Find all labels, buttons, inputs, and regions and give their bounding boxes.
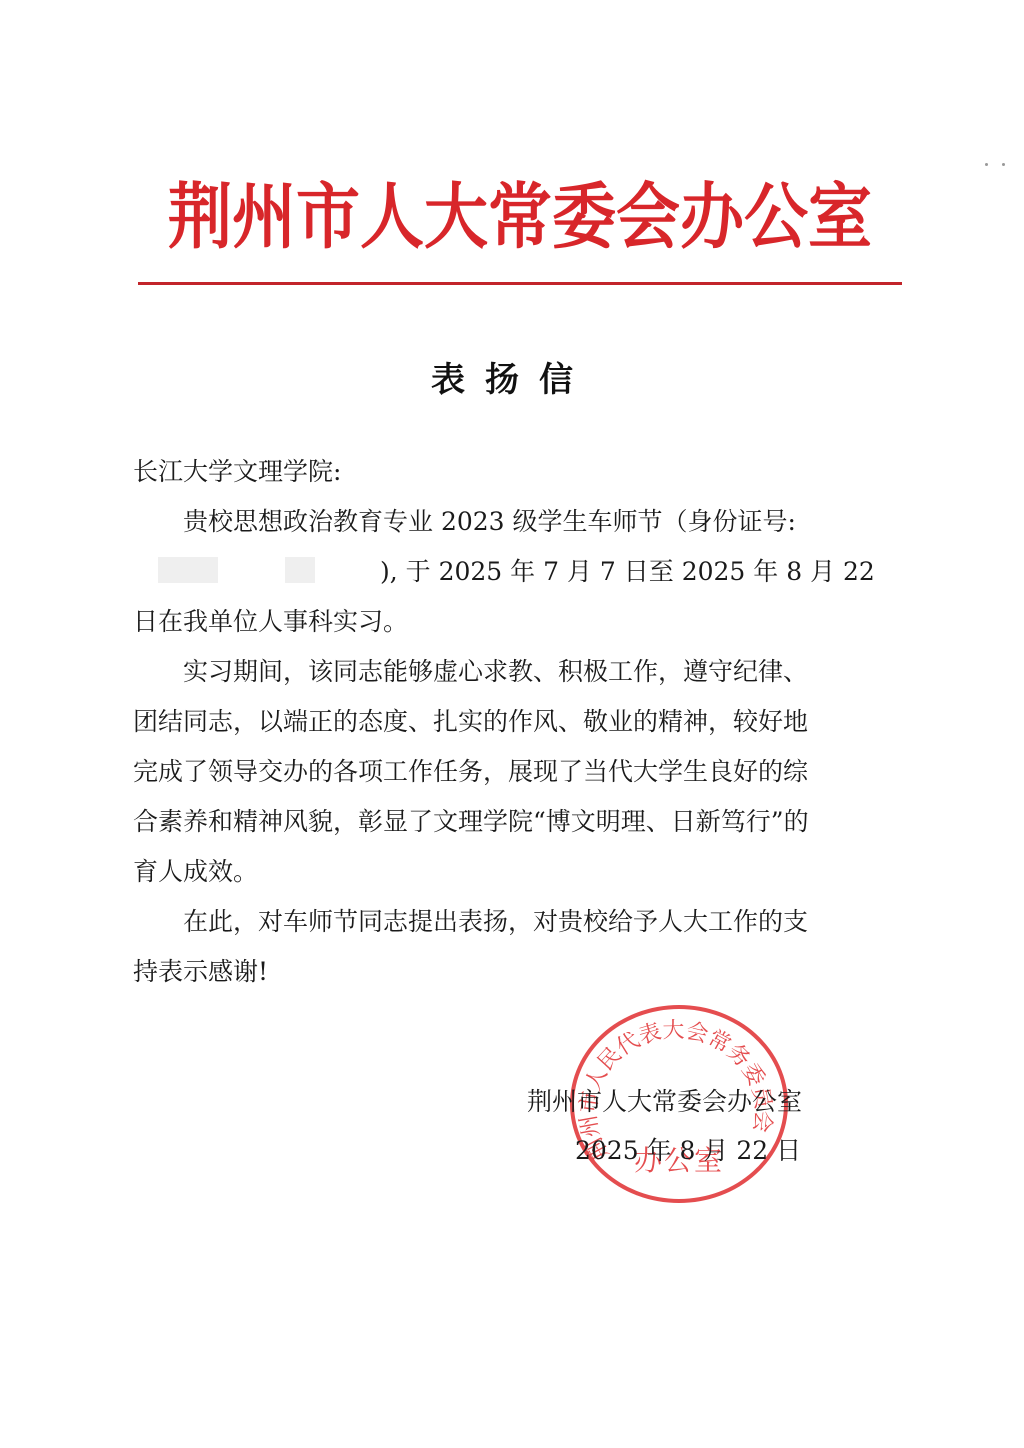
paragraph-line: 贵校思想政治教育专业 2023 级学生车师节（身份证号: [183,502,796,538]
letterhead-title: 荆州市人大常委会办公室 [140,173,900,263]
document-title: 表扬信 [0,352,1024,401]
redacted-id-block-2 [285,553,315,583]
paragraph-line: 实习期间，该同志能够虚心求教、积极工作，遵守纪律、 [183,652,808,688]
paragraph-line: 在此，对车师节同志提出表扬，对贵校给予人大工作的支 [183,902,808,938]
redacted-id-block-1 [158,553,218,583]
scan-artifact-dots [985,151,1019,170]
paragraph-line: 育人成效。 [133,852,258,888]
signature-org: 荆州市人大常委会办公室 [527,1082,802,1118]
letterhead-divider [138,282,902,285]
paragraph-line: 合素养和精神风貌，彰显了文理学院“博文明理、日新笃行”的 [133,802,809,838]
paragraph-line: 持表示感谢! [133,952,268,988]
paragraph-line: ), 于 2025 年 7 月 7 日至 2025 年 8 月 22 [380,552,875,588]
salutation: 长江大学文理学院: [133,452,341,488]
paragraph-line: 日在我单位人事科实习。 [133,602,408,638]
paragraph-line: 团结同志，以端正的态度、扎实的作风、敬业的精神，较好地 [133,702,808,738]
signature-date: 2025 年 8 月 22 日 [575,1131,801,1167]
paragraph-line: 完成了领导交办的各项工作任务，展现了当代大学生良好的综 [133,752,808,788]
